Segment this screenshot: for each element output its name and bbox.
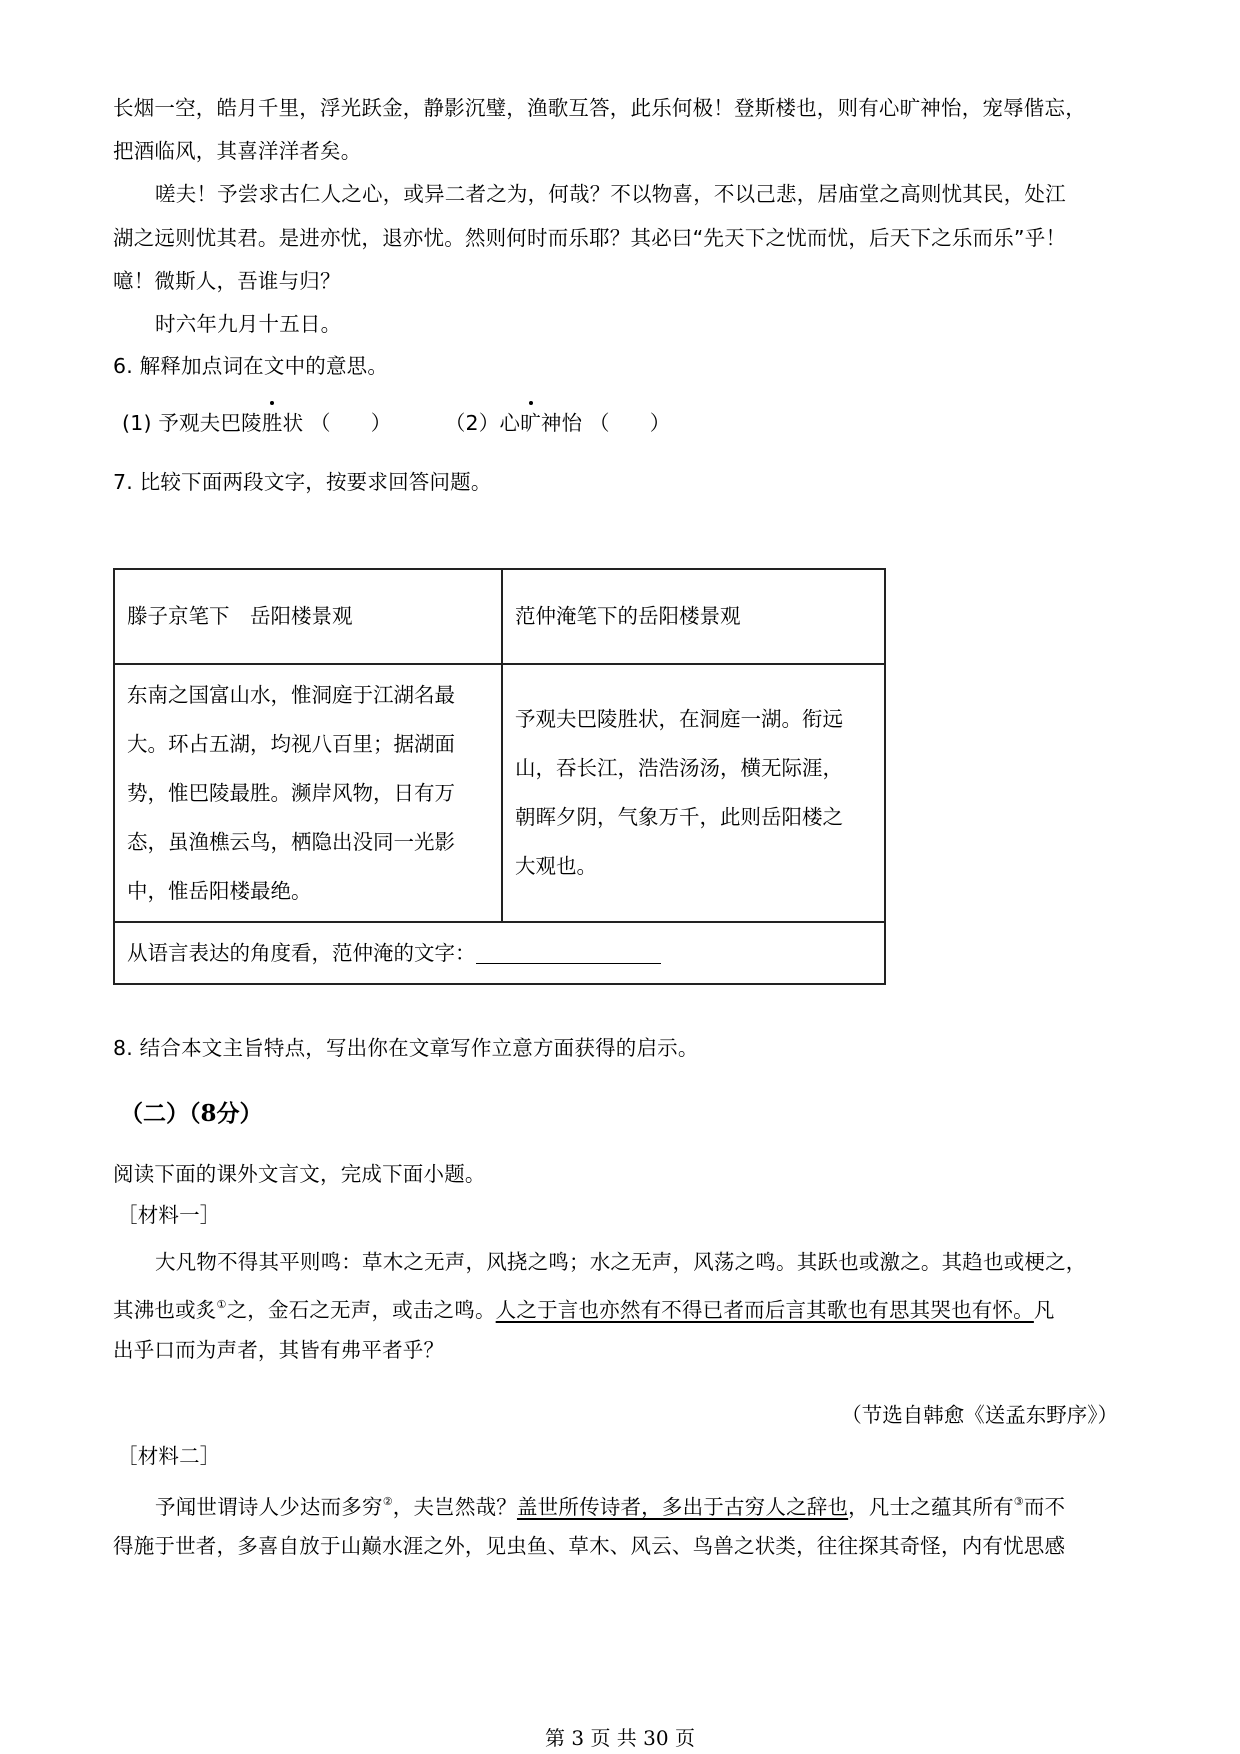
material-one-line: 出乎口而为声者，其皆有弗平者乎？ — [113, 1336, 444, 1364]
item-text: 予观夫巴陵 — [158, 411, 262, 435]
footnote-marker: ③ — [1014, 1495, 1024, 1508]
cell-line: 大。环占五湖，均视八百里；据湖面 — [127, 720, 489, 769]
text: 而不 — [1024, 1495, 1065, 1519]
text: 予闻世谓诗人少达而多穷 — [155, 1495, 383, 1519]
cell-line: 山，吞长江，浩浩汤汤，横无际涯， — [515, 744, 872, 793]
cell-line: 朝晖夕阴，气象万千，此则岳阳楼之 — [515, 793, 872, 842]
underlined-sentence: 盖世所传诗者，多出于古穷人之辞也 — [517, 1495, 848, 1519]
passage-line: 把酒临风，其喜洋洋者矣。 — [113, 137, 361, 165]
passage-line: 嗟夫！予尝求古仁人之心，或异二者之为，何哉？不以物喜，不以己悲，居庙堂之高则忧其… — [155, 180, 1066, 208]
comparison-table: 滕子京笔下 岳阳楼景观 范仲淹笔下的岳阳楼景观 东南之国富山水，惟洞庭于江湖名最… — [113, 568, 886, 985]
table-cell-teng: 东南之国富山水，惟洞庭于江湖名最 大。环占五湖，均视八百里；据湖面 势，惟巴陵最… — [114, 664, 502, 922]
question-8-prompt: 8. 结合本文主旨特点，写出你在文章写作立意方面获得的启示。 — [113, 1034, 699, 1062]
answer-paren-open: （ — [589, 411, 610, 435]
table-header-fan: 范仲淹笔下的岳阳楼景观 — [502, 569, 885, 664]
passage-line: 湖之远则忧其君。是进亦忧，退亦忧。然则何时而乐耶？其必曰“先天下之忧而忧，后天下… — [113, 224, 1066, 252]
item-number: (1) — [122, 411, 152, 435]
item-text: 心 — [499, 411, 520, 435]
cell-line: 东南之国富山水，惟洞庭于江湖名最 — [127, 671, 489, 720]
text: 凡 — [1034, 1298, 1055, 1322]
passage-date: 时六年九月十五日。 — [155, 310, 341, 338]
document-page: 长烟一空，皓月千里，浮光跃金，静影沉璧，渔歌互答，此乐何极！登斯楼也，则有心旷神… — [0, 0, 1240, 1754]
cell-line: 大观也。 — [515, 842, 872, 891]
item-text: 状 — [283, 411, 304, 435]
question-6-items: (1) 予观夫巴陵胜状 （） （2）心旷神怡 （） — [122, 409, 670, 437]
cell-line: 势，惟巴陵最胜。濒岸风物，日有万 — [127, 769, 489, 818]
question-7-prompt: 7. 比较下面两段文字，按要求回答问题。 — [113, 468, 492, 496]
material-two-label: ［材料二］ — [117, 1442, 221, 1470]
material-one-line: 其沸也或炙①之，金石之无声，或击之鸣。人之于言也亦然有不得已者而后言其歌也有思其… — [113, 1291, 1055, 1324]
text: ，夫岂然哉？ — [393, 1495, 517, 1519]
question-6-prompt: 6. 解释加点词在文中的意思。 — [113, 352, 388, 380]
answer-paren-close: ） — [371, 411, 392, 435]
material-two-line: 得施于世者，多喜自放于山巅水涯之外，见虫鱼、草木、风云、鸟兽之状类，往往探其奇怪… — [113, 1532, 1065, 1560]
footnote-marker: ② — [383, 1495, 393, 1508]
table-cell-fan: 予观夫巴陵胜状，在洞庭一湖。衔远 山，吞长江，浩浩汤汤，横无际涯， 朝晖夕阴，气… — [502, 664, 885, 922]
material-two-line: 予闻世谓诗人少达而多穷②，夫岂然哉？盖世所传诗者，多出于古穷人之辞也，凡士之蕴其… — [155, 1488, 1065, 1521]
page-number: 第 3 页 共 30 页 — [0, 1722, 1240, 1751]
dotted-word: 胜 — [262, 409, 283, 437]
table-header-teng: 滕子京笔下 岳阳楼景观 — [114, 569, 502, 664]
item-text: 神怡 — [541, 411, 582, 435]
material-one-line: 大凡物不得其平则鸣：草木之无声，风挠之鸣；水之无声，风荡之鸣。其跃也或激之。其趋… — [155, 1248, 1087, 1276]
footnote-marker: ① — [217, 1298, 227, 1311]
text: 之，金石之无声，或击之鸣。 — [227, 1298, 496, 1322]
dotted-word: 旷 — [520, 409, 541, 437]
material-one-label: ［材料一］ — [117, 1201, 221, 1229]
underlined-sentence: 人之于言也亦然有不得已者而后言其歌也有思其哭也有怀。 — [496, 1298, 1034, 1322]
cell-line: 中，惟岳阳楼最绝。 — [127, 867, 489, 916]
section-two-title: （二）（8分） — [120, 1095, 263, 1128]
q6-item-2: （2）心旷神怡 （） — [445, 411, 671, 435]
text: 其沸也或炙 — [113, 1298, 217, 1322]
answer-blank-line[interactable] — [476, 941, 661, 964]
q6-item-1: (1) 予观夫巴陵胜状 （） — [122, 411, 398, 435]
item-number: （2） — [445, 411, 500, 435]
answer-paren-close: ） — [650, 411, 671, 435]
material-one-source: （节选自韩愈《送孟东野序》） — [841, 1398, 1118, 1428]
cell-line: 予观夫巴陵胜状，在洞庭一湖。衔远 — [515, 695, 872, 744]
section-two-instruction: 阅读下面的课外文言文，完成下面小题。 — [113, 1160, 486, 1188]
text: ，凡士之蕴其所有 — [848, 1495, 1014, 1519]
passage-line: 噫！微斯人，吾谁与归？ — [113, 267, 341, 295]
table-footer-question: 从语言表达的角度看，范仲淹的文字： — [114, 922, 885, 984]
answer-paren-open: （ — [310, 411, 331, 435]
footer-prompt: 从语言表达的角度看，范仲淹的文字： — [127, 941, 476, 965]
cell-line: 态，虽渔樵云鸟，栖隐出没同一光影 — [127, 818, 489, 867]
passage-line: 长烟一空，皓月千里，浮光跃金，静影沉璧，渔歌互答，此乐何极！登斯楼也，则有心旷神… — [113, 94, 1086, 122]
